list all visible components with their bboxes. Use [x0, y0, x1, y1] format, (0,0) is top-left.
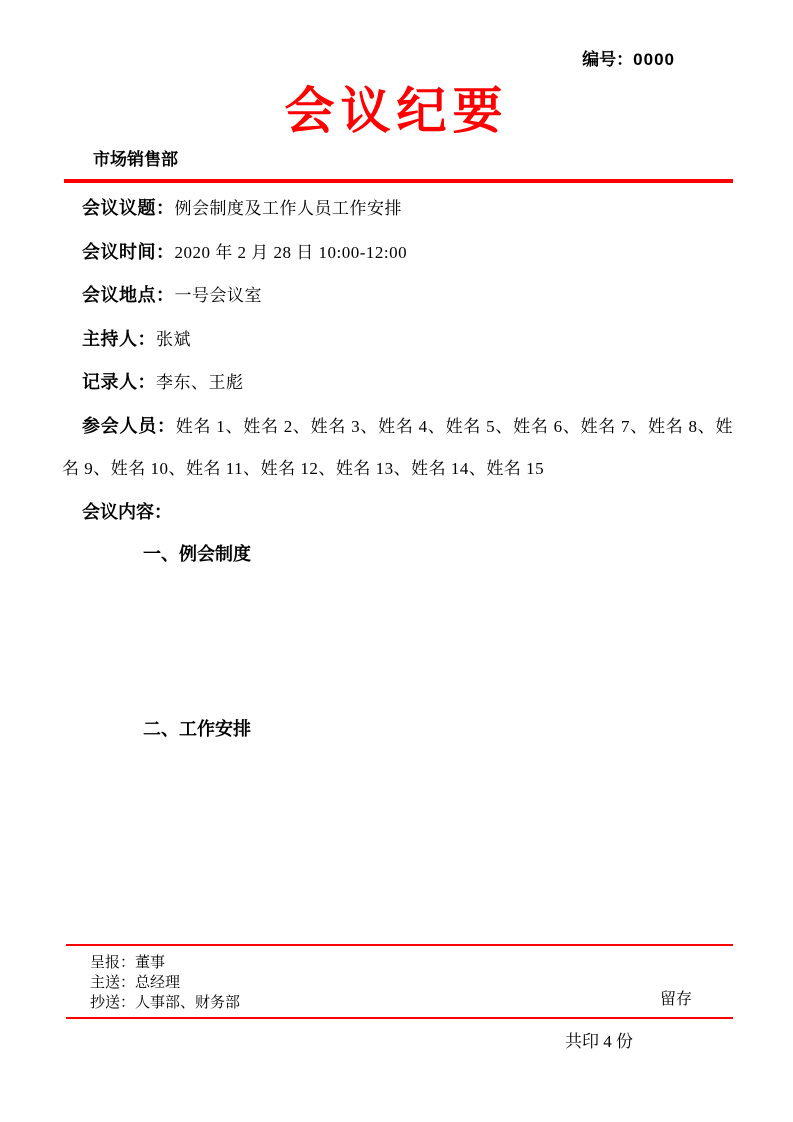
- field-value-location: 一号会议室: [175, 286, 263, 305]
- section-title-2: 二、工作安排: [143, 708, 733, 751]
- distribution-row-report: 呈报：董事: [90, 953, 733, 973]
- field-label-host: 主持人：: [82, 329, 156, 349]
- field-row-time: 会议时间：2020 年 2 月 28 日 10:00-12:00: [62, 231, 733, 275]
- field-value-recorder: 李东、王彪: [156, 373, 244, 392]
- section-title-1: 一、例会制度: [143, 533, 733, 576]
- content-heading: 会议内容：: [62, 491, 733, 534]
- field-value-time: 2020 年 2 月 28 日 10:00-12:00: [175, 243, 408, 262]
- field-label-recorder: 记录人：: [82, 372, 156, 392]
- report-label: 呈报：: [90, 955, 135, 971]
- field-row-location: 会议地点：一号会议室: [62, 274, 733, 318]
- doc-number-label: 编号：: [582, 50, 633, 69]
- copy-send-value: 人事部、财务部: [135, 995, 240, 1011]
- footer-rule-bottom: [66, 1017, 733, 1019]
- field-label-time: 会议时间：: [82, 242, 175, 262]
- copies-note: 共印 4 份: [565, 1031, 733, 1053]
- copy-send-label: 抄送：: [90, 995, 135, 1011]
- field-label-location: 会议地点：: [82, 285, 175, 305]
- keep-label: 留存: [660, 990, 692, 1010]
- main-send-label: 主送：: [90, 975, 135, 991]
- field-row-topic: 会议议题：例会制度及工作人员工作安排: [62, 187, 733, 231]
- field-row-host: 主持人：张斌: [62, 318, 733, 362]
- report-value: 董事: [135, 955, 165, 971]
- doc-number-value: 0000: [633, 50, 675, 69]
- field-label-topic: 会议议题：: [82, 198, 175, 218]
- field-value-host: 张斌: [156, 330, 191, 349]
- document-footer: 呈报：董事 主送：总经理 抄送：人事部、财务部 留存 共印 4 份: [66, 944, 733, 1053]
- distribution-list: 呈报：董事 主送：总经理 抄送：人事部、财务部 留存: [90, 953, 733, 1013]
- field-row-participants: 参会人员：姓名 1、姓名 2、姓名 3、姓名 4、姓名 5、姓名 6、姓名 7、…: [62, 405, 733, 491]
- department-name: 市场销售部: [93, 150, 793, 170]
- meeting-minutes-page: 编号：0000 会议纪要 市场销售部 会议议题：例会制度及工作人员工作安排 会议…: [0, 0, 793, 1122]
- field-label-participants: 参会人员：: [82, 416, 176, 436]
- distribution-row-copy-send: 抄送：人事部、财务部 留存: [90, 993, 733, 1013]
- document-body: 会议议题：例会制度及工作人员工作安排 会议时间：2020 年 2 月 28 日 …: [62, 187, 733, 750]
- field-value-topic: 例会制度及工作人员工作安排: [175, 199, 403, 218]
- page-title: 会议纪要: [0, 82, 793, 140]
- distribution-row-main-send: 主送：总经理: [90, 973, 733, 993]
- field-row-recorder: 记录人：李东、王彪: [62, 361, 733, 405]
- footer-rule-top: [66, 944, 733, 946]
- main-send-value: 总经理: [135, 975, 180, 991]
- doc-number-row: 编号：0000: [0, 0, 793, 72]
- header-rule: [64, 179, 733, 183]
